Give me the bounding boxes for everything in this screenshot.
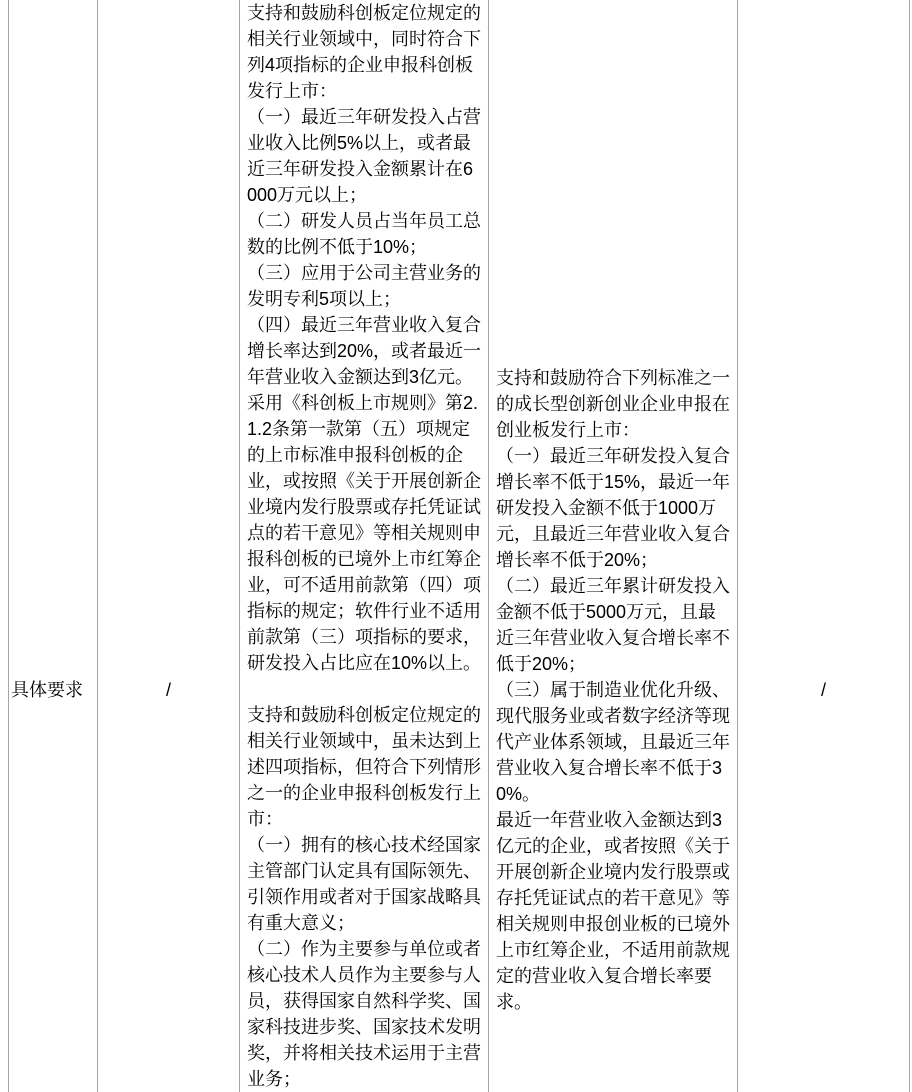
table-row-fragment: 具体要求 / 支持和鼓励科创板定位规定的相关行业领域中，同时符合下列4项指标的企…	[0, 0, 912, 1092]
paragraph: （一）最近三年研发投入复合增长率不低于15%，最近一年研发投入金额不低于1000…	[496, 443, 731, 573]
column-divider	[737, 0, 738, 1092]
paragraph: 采用《科创板上市规则》第2.1.2条第一款第（五）项规定的上市标准申报科创板的企…	[247, 390, 482, 676]
cell-chinext-requirements: 支持和鼓励符合下列标准之一的成长型创新创业企业申报在创业板发行上市：（一）最近三…	[496, 365, 731, 1015]
paragraph-gap	[247, 676, 482, 702]
column-divider	[239, 0, 240, 1092]
row-label: 具体要求	[11, 680, 83, 700]
cell-slash-left: /	[98, 677, 239, 703]
cell-star-market-requirements: 支持和鼓励科创板定位规定的相关行业领域中，同时符合下列4项指标的企业申报科创板发…	[247, 0, 482, 1092]
column-divider	[97, 0, 98, 1092]
column-divider	[8, 0, 9, 1092]
paragraph: 支持和鼓励科创板定位规定的相关行业领域中，同时符合下列4项指标的企业申报科创板发…	[247, 0, 482, 104]
cell-slash-right: /	[738, 677, 909, 703]
paragraph: （二）作为主要参与单位或者核心技术人员作为主要参与人员，获得国家自然科学奖、国家…	[247, 936, 482, 1092]
paragraph: （一）最近三年研发投入占营业收入比例5%以上，或者最近三年研发投入金额累计在60…	[247, 104, 482, 208]
not-applicable-mark: /	[166, 680, 171, 700]
paragraph: 最近一年营业收入金额达到3亿元的企业，或者按照《关于开展创新企业境内发行股票或存…	[496, 807, 731, 1015]
paragraph: （三）属于制造业优化升级、现代服务业或者数字经济等现代产业体系领域，且最近三年营…	[496, 677, 731, 807]
paragraph: （二）最近三年累计研发投入金额不低于5000万元，且最近三年营业收入复合增长率不…	[496, 573, 731, 677]
paragraph: （一）拥有的核心技术经国家主管部门认定具有国际领先、引领作用或者对于国家战略具有…	[247, 832, 482, 936]
column-divider	[488, 0, 489, 1092]
paragraph: （二）研发人员占当年员工总数的比例不低于10%；	[247, 208, 482, 260]
paragraph: 支持和鼓励符合下列标准之一的成长型创新创业企业申报在创业板发行上市：	[496, 365, 731, 443]
paragraph: （三）应用于公司主营业务的发明专利5项以上；	[247, 260, 482, 312]
column-divider	[909, 0, 910, 1092]
paragraph: 支持和鼓励科创板定位规定的相关行业领域中，虽未达到上述四项指标，但符合下列情形之…	[247, 702, 482, 832]
row-label-cell: 具体要求	[11, 677, 95, 703]
paragraph: （四）最近三年营业收入复合增长率达到20%，或者最近一年营业收入金额达到3亿元。	[247, 312, 482, 390]
not-applicable-mark: /	[821, 680, 826, 700]
